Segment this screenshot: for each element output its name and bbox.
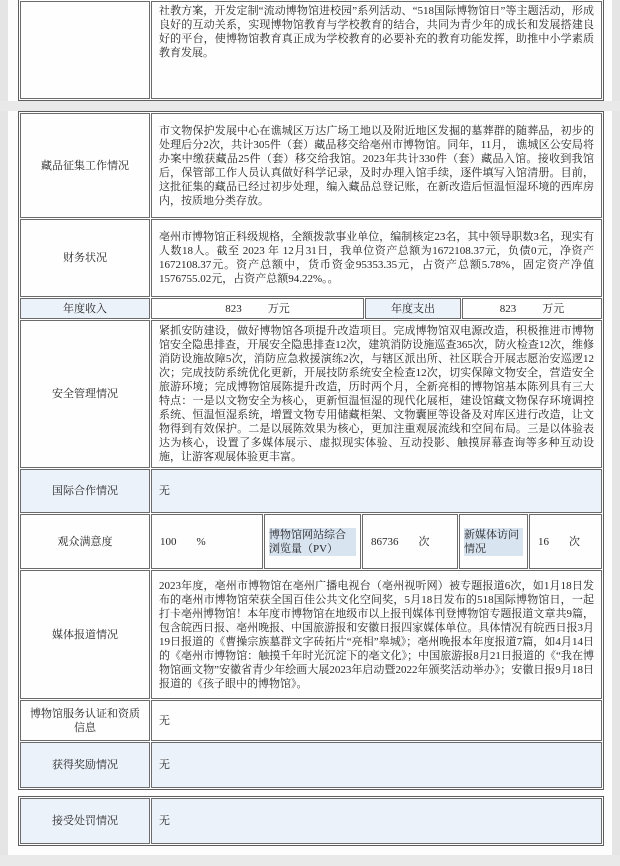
certification-text: 无 [159,714,170,728]
certification-label: 博物馆服务认证和资质信息 [20,700,150,741]
page-right-margin [612,0,620,866]
satisfaction-label: 观众满意度 [20,514,150,569]
collection-text: 市文物保护发展中心在谯城区万达广场工地以及附近地区发掘的墓葬群的随葬品，初步的处… [159,124,594,208]
new-media-unit: 次 [569,535,580,549]
row-penalty: 接受处罚情况 无 [20,798,602,844]
satisfaction-value: 100 [160,535,177,549]
website-pv-unit: 次 [419,535,430,549]
row-media-coverage: 媒体报道情况 2023年度，亳州市博物馆在亳州广播电视台（亳州视听网）被专题报道… [20,570,602,699]
annual-expense-value: 823 [500,302,517,316]
social-education-text: 社教方案，开发定制“流动博物馆进校园”系列活动、“518国际博物馆日”等主题活动… [159,4,594,60]
international-content-cell: 无 [151,469,602,513]
page-left-margin [0,0,8,866]
safety-label: 安全管理情况 [20,320,150,468]
new-media-value: 16 [538,535,549,549]
media-text: 2023年度，亳州市博物馆在亳州广播电视台（亳州视听网）被专题报道6次，如1月1… [159,579,594,691]
row-certification: 博物馆服务认证和资质信息 无 [20,700,602,741]
top-continuation-table: 社教方案，开发定制“流动博物馆进校园”系列活动、“518国际博物馆日”等主题活动… [18,0,604,101]
certification-content-cell: 无 [151,700,602,741]
row-satisfaction: 观众满意度 100 % 博物馆网站综合浏览量（PV） 86736 次 新媒体访问… [20,514,602,569]
row-safety: 安全管理情况 紧抓安防建设，做好博物馆各项提升改造项目。完成博物馆双电源改造，积… [20,320,602,468]
penalty-text: 无 [159,814,170,828]
awards-label: 获得奖励情况 [20,742,150,788]
new-media-value-cell: 16 次 [529,514,602,569]
row-international: 国际合作情况 无 [20,469,602,513]
collection-content-cell: 市文物保护发展中心在谯城区万达广场工地以及附近地区发掘的墓葬群的随葬品，初步的处… [151,113,602,218]
annual-income-unit: 万元 [268,302,290,316]
row-finance: 财务状况 亳州市博物馆正科级规格，全额拨款事业单位，编制核定23名，其中领导职数… [20,219,602,297]
new-media-label-cell: 新媒体访问情况 [459,514,528,569]
website-pv-label: 博物馆网站综合浏览量（PV） [269,528,356,556]
website-pv-value-cell: 86736 次 [362,514,458,569]
safety-text: 紧抓安防建设，做好博物馆各项提升改造项目。完成博物馆双电源改造，积极推进市博物馆… [159,324,594,464]
annual-expense-label: 年度支出 [365,298,461,319]
content-cell: 社教方案，开发定制“流动博物馆进校园”系列活动、“518国际博物馆日”等主题活动… [151,1,602,99]
row-social-education-continued: 社教方案，开发定制“流动博物馆进校园”系列活动、“518国际博物馆日”等主题活动… [20,1,602,99]
website-pv-label-cell: 博物馆网站综合浏览量（PV） [264,514,361,569]
row-collection: 藏品征集工作情况 市文物保护发展中心在谯城区万达广场工地以及附近地区发掘的墓葬群… [20,113,602,218]
satisfaction-unit: % [197,535,206,549]
penalty-table: 接受处罚情况 无 [18,796,604,846]
penalty-label: 接受处罚情况 [20,798,150,844]
media-label: 媒体报道情况 [20,570,150,699]
collection-label: 藏品征集工作情况 [20,113,150,218]
annual-income-label: 年度收入 [20,298,150,319]
finance-content-cell: 亳州市博物馆正科级规格，全额拨款事业单位，编制核定23名，其中领导职数3名，现实… [151,219,602,297]
website-pv-value: 86736 [371,535,399,549]
awards-content-cell: 无 [151,742,602,788]
annual-expense-unit: 万元 [542,302,564,316]
page-bottom-margin [0,855,620,866]
penalty-content-cell: 无 [151,798,602,844]
annual-report-table: 藏品征集工作情况 市文物保护发展中心在谯城区万达广场工地以及附近地区发掘的墓葬群… [18,111,604,790]
row-awards: 获得奖励情况 无 [20,742,602,788]
table-gap-band [0,101,620,111]
annual-expense-value-cell: 823 万元 [462,298,602,319]
finance-label: 财务状况 [20,219,150,297]
finance-text: 亳州市博物馆正科级规格，全额拨款事业单位，编制核定23名，其中领导职数3名，现实… [159,230,594,286]
annual-income-value: 823 [225,302,242,316]
label-cell-empty [20,1,150,99]
international-label: 国际合作情况 [20,469,150,513]
new-media-label: 新媒体访问情况 [464,528,523,556]
row-income-expense: 年度收入 823 万元 年度支出 823 万元 [20,298,602,319]
international-text: 无 [159,484,170,498]
awards-text: 无 [159,758,170,772]
satisfaction-value-cell: 100 % [151,514,263,569]
museum-annual-report-page: { "colors": { "page_margin": "#e5e5e5", … [0,0,620,866]
media-content-cell: 2023年度，亳州市博物馆在亳州广播电视台（亳州视听网）被专题报道6次，如1月1… [151,570,602,699]
annual-income-value-cell: 823 万元 [151,298,364,319]
safety-content-cell: 紧抓安防建设，做好博物馆各项提升改造项目。完成博物馆双电源改造，积极推进市博物馆… [151,320,602,468]
